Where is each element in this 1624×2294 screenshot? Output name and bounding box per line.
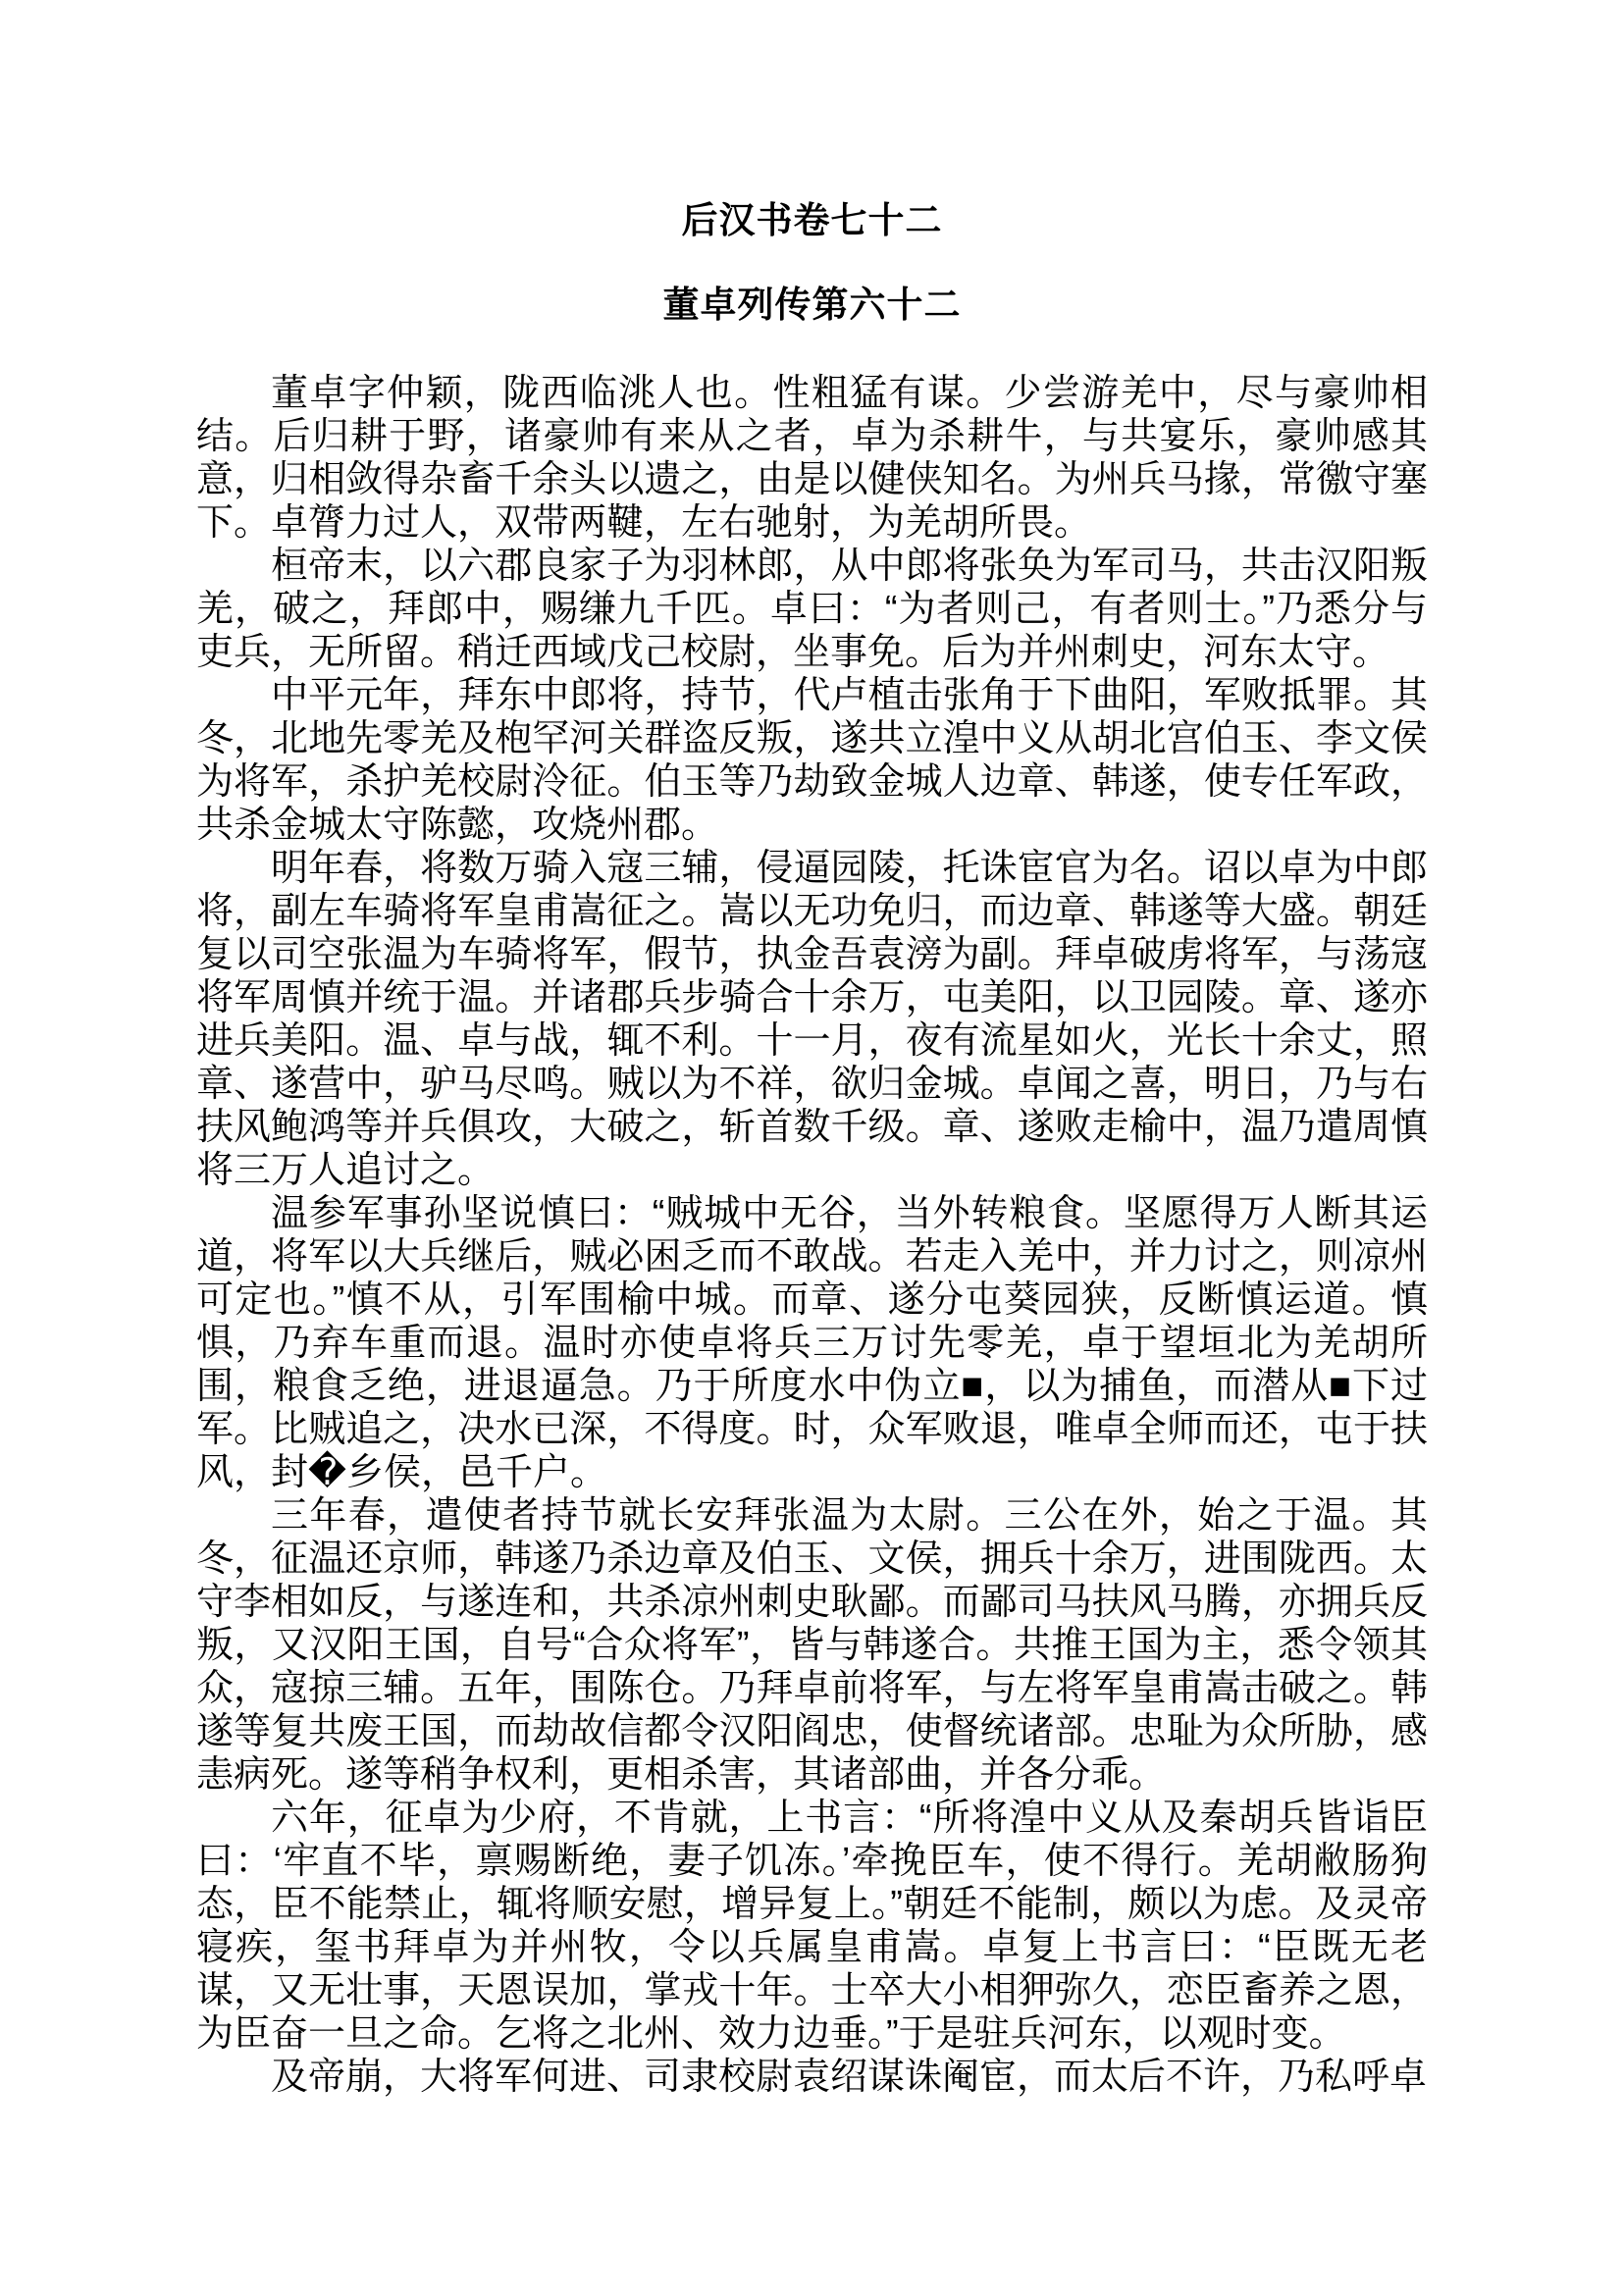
- paragraph-7: 六年，征卓为少府，不肯就，上书言：“所将湟中义从及秦胡兵皆诣臣曰：‘牢直不毕，禀…: [196, 1797, 1428, 2056]
- paragraph-4: 明年春，将数万骑入寇三辅，侵逼园陵，托诛宦官为名。诏以卓为中郎将，副左车骑将军皇…: [196, 847, 1428, 1192]
- paragraph-1: 董卓字仲颖，陇西临洮人也。性粗猛有谋。少尝游羌中，尽与豪帅相结。后归耕于野，诸豪…: [196, 372, 1428, 545]
- document-subtitle: 董卓列传第六十二: [196, 284, 1428, 327]
- paragraph-2: 桓帝末，以六郡良家子为羽林郎，从中郎将张奂为军司马，共击汉阳叛羌，破之，拜郎中，…: [196, 545, 1428, 674]
- document-title: 后汉书卷七十二: [196, 199, 1428, 242]
- document-body: 董卓字仲颖，陇西临洮人也。性粗猛有谋。少尝游羌中，尽与豪帅相结。后归耕于野，诸豪…: [196, 372, 1428, 2099]
- document-page: 后汉书卷七十二 董卓列传第六十二 董卓字仲颖，陇西临洮人也。性粗猛有谋。少尝游羌…: [0, 0, 1624, 2294]
- paragraph-6: 三年春，遣使者持节就长安拜张温为太尉。三公在外，始之于温。其冬，征温还京师，韩遂…: [196, 1494, 1428, 1797]
- paragraph-3: 中平元年，拜东中郎将，持节，代卢植击张角于下曲阳，军败抵罪。其冬，北地先零羌及枹…: [196, 674, 1428, 847]
- paragraph-5: 温参军事孙坚说慎曰：“贼城中无谷，当外转粮食。坚愿得万人断其运道，将军以大兵继后…: [196, 1192, 1428, 1494]
- paragraph-8: 及帝崩，大将军何进、司隶校尉袁绍谋诛阉宦，而太后不许，乃私呼卓: [196, 2056, 1428, 2099]
